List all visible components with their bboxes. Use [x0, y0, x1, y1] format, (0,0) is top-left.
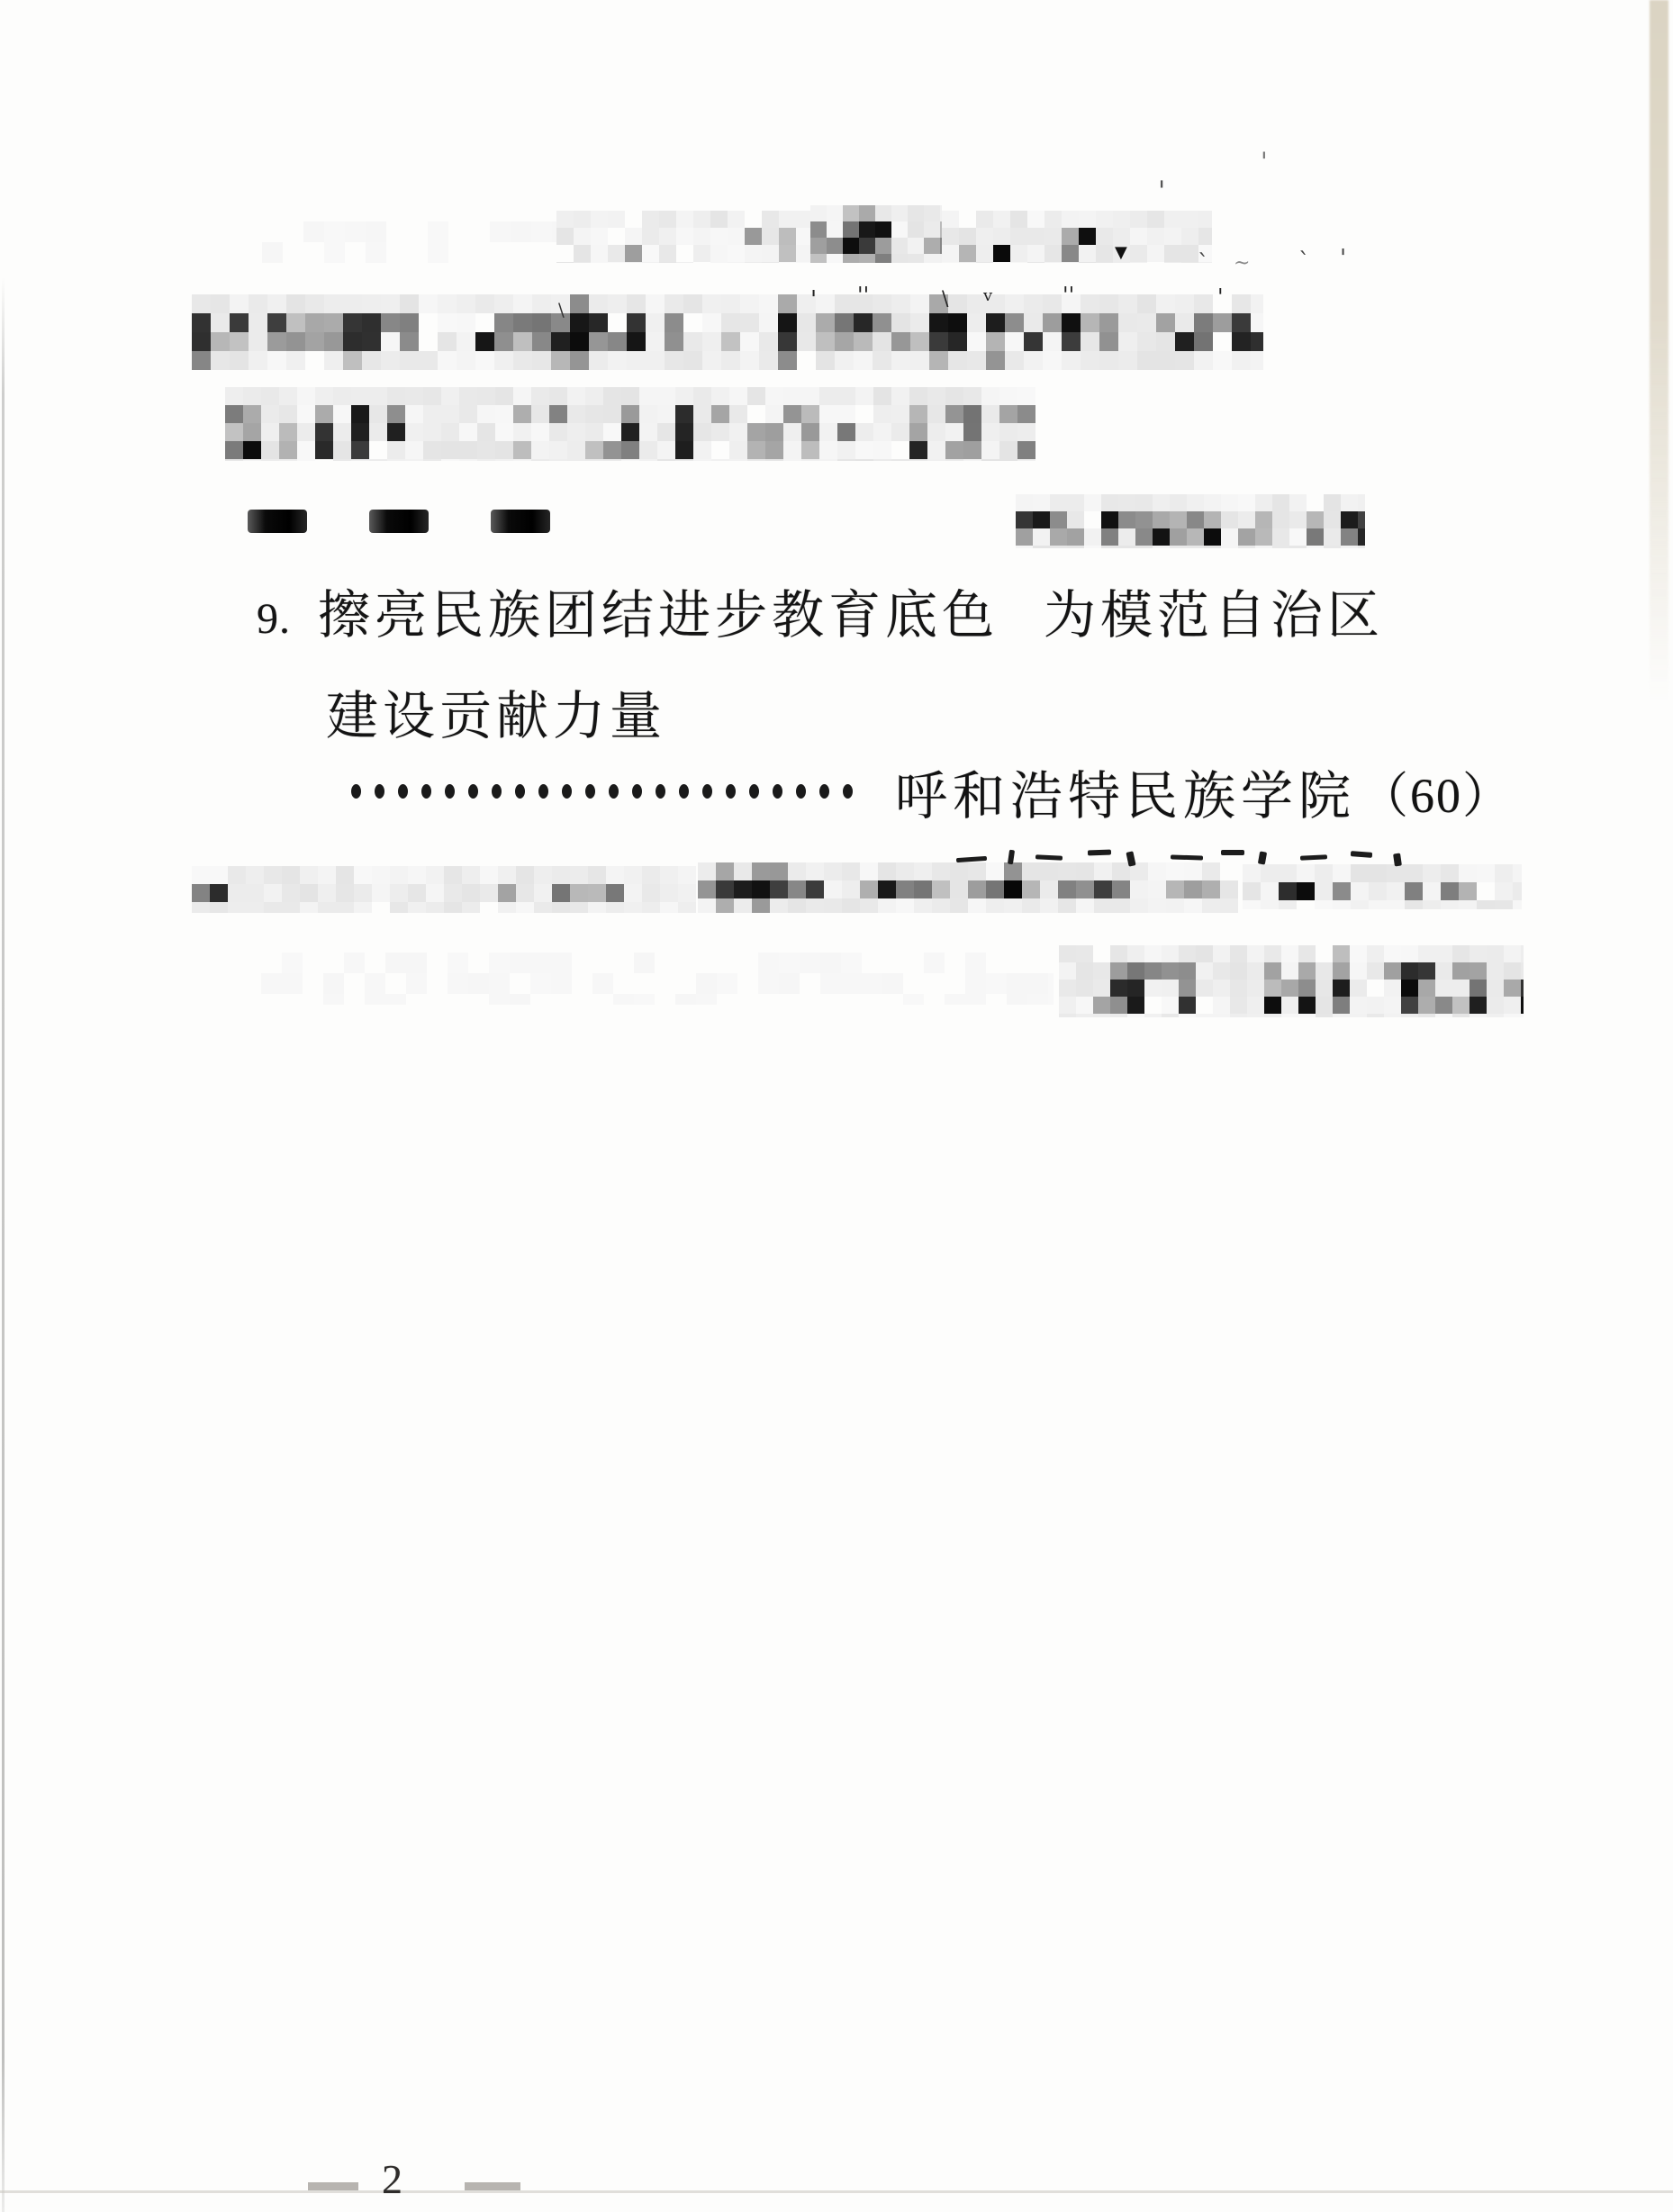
source-institution: 呼和浩特民族学院: [895, 754, 1356, 829]
obscured-glyph-stroke: [1300, 854, 1327, 861]
toc-entry-title-part2: 为模范自治区: [1044, 586, 1384, 645]
leader-dot: [585, 784, 595, 799]
redaction-bar: [491, 510, 550, 533]
footer-dash: [465, 2182, 520, 2190]
scan-artifact-mark: \: [558, 301, 565, 319]
redacted-block: [810, 205, 942, 263]
leader-dot: [492, 784, 502, 799]
footer-dash: [308, 2182, 358, 2190]
redaction-bar: [248, 510, 307, 533]
toc-entry-number: 9.: [257, 595, 291, 643]
leader-dot: [656, 784, 665, 799]
toc-entry-line2: 建设贡献力量: [326, 673, 666, 749]
leader-dot: [796, 784, 806, 799]
leader-dots: [351, 784, 866, 799]
obscured-glyph-stroke: [1035, 854, 1063, 861]
leader-dot: [538, 784, 548, 799]
leader-dot: [632, 784, 642, 799]
leader-dot: [773, 784, 782, 799]
redacted-block: [1059, 945, 1524, 1017]
obscured-glyph-stroke: [1088, 850, 1111, 856]
scan-edge-shadow-right: [1650, 0, 1668, 702]
leader-dot: [351, 784, 361, 799]
redacted-block: [192, 294, 1263, 370]
scan-artifact-mark: '': [857, 284, 869, 306]
leader-dot: [421, 784, 431, 799]
leader-dot: [702, 784, 712, 799]
redacted-block: [942, 211, 1212, 263]
redaction-bar: [369, 510, 429, 533]
redacted-block: [241, 221, 556, 263]
leader-dot: [843, 784, 853, 799]
redacted-block: [225, 387, 1035, 461]
scan-artifact-mark: ~: [1234, 254, 1250, 274]
scan-artifact-mark: `: [1198, 252, 1209, 275]
leader-dot: [726, 784, 736, 799]
leader-dot: [609, 784, 619, 799]
scan-artifact-mark: '': [1063, 284, 1074, 306]
leader-dot: [468, 784, 478, 799]
obscured-glyph-stroke: [1171, 854, 1203, 860]
leader-dot: [445, 784, 455, 799]
leader-dot: [679, 784, 689, 799]
leader-dot: [515, 784, 525, 799]
leader-dot: [819, 784, 829, 799]
toc-entry-title-part1: 擦亮民族团结进步教育底色: [318, 586, 999, 645]
leader-dot: [749, 784, 759, 799]
redacted-block: [698, 862, 1238, 913]
obscured-glyph-stroke: [1393, 853, 1402, 867]
scan-artifact-mark: \: [942, 290, 948, 310]
redacted-block: [261, 953, 1054, 1005]
redacted-block: [192, 866, 696, 913]
redacted-block: [1243, 864, 1522, 909]
redacted-block: [556, 211, 813, 263]
scan-artifact-mark: ': [810, 288, 817, 311]
leader-dot: [375, 784, 384, 799]
leader-dot: [562, 784, 572, 799]
leader-dot: [398, 784, 408, 799]
scan-artifact-mark: ': [1340, 247, 1346, 270]
scan-artifact-mark: ': [1261, 149, 1268, 175]
scan-edge-line-left: [2, 277, 5, 2212]
scanned-document-page: 9.擦亮民族团结进步教育底色为模范自治区 建设贡献力量 呼和浩特民族学院 （60…: [0, 0, 1673, 2212]
scan-artifact-mark: v: [983, 288, 992, 304]
obscured-glyph-stroke: [1351, 851, 1372, 858]
page-reference: （60）: [1360, 757, 1513, 826]
scan-artifact-mark: ': [1217, 286, 1224, 308]
scan-artifact-mark: ▼: [1115, 245, 1127, 261]
scan-artifact-mark: ': [1158, 178, 1165, 205]
obscured-glyph-stroke: [1258, 851, 1267, 864]
toc-entry-leader-line: 呼和浩特民族学院 （60）: [351, 756, 1513, 826]
footer-page-number: 2: [382, 2155, 402, 2203]
toc-entry-line1: 9.擦亮民族团结进步教育底色为模范自治区: [257, 573, 1384, 648]
scan-artifact-mark: `: [1298, 250, 1310, 274]
redacted-block: [1016, 494, 1365, 548]
obscured-glyph-stroke: [1221, 850, 1244, 855]
scan-edge-line-bottom: [0, 2190, 1673, 2193]
